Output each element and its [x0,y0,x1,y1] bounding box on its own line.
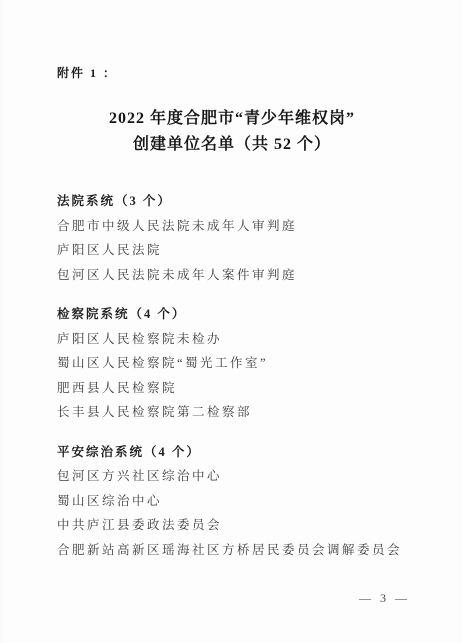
list-item: 长丰县人民检察院第二检察部 [57,400,407,425]
document-title: 2022 年度合肥市“青少年维权岗” 创建单位名单（共 52 个） [57,106,407,158]
list-item: 中共庐江县委政法委员会 [57,513,407,538]
attachment-label: 附件 1 ： [57,0,407,81]
page-number: — 3 — [359,591,410,606]
list-item: 合肥新站高新区瑶海社区方桥居民委员会调解委员会 [57,538,407,563]
list-item: 肥西县人民检察院 [57,376,407,401]
list-item: 蜀山区人民检察院“蜀光工作室” [57,351,407,376]
list-item: 庐阳区人民检察院未检办 [57,327,407,352]
title-line-1: 2022 年度合肥市“青少年维权岗” [57,106,407,132]
section-public-safety-system: 平安综治系统（4 个） 包河区方兴社区综治中心 蜀山区综治中心 中共庐江县委政法… [57,440,407,563]
title-line-2: 创建单位名单（共 52 个） [57,132,407,158]
list-item: 合肥市中级人民法院未成年人审判庭 [57,214,407,239]
section-procuratorate-system: 检察院系统（4 个） 庐阳区人民检察院未检办 蜀山区人民检察院“蜀光工作室” 肥… [57,302,407,425]
document-page: 附件 1 ： 2022 年度合肥市“青少年维权岗” 创建单位名单（共 52 个）… [0,0,462,643]
section-heading: 检察院系统（4 个） [57,302,407,327]
section-heading: 法院系统（3 个） [57,189,407,214]
list-item: 包河区方兴社区综治中心 [57,464,407,489]
list-item: 庐阳区人民法院 [57,238,407,263]
section-heading: 平安综治系统（4 个） [57,440,407,465]
section-court-system: 法院系统（3 个） 合肥市中级人民法院未成年人审判庭 庐阳区人民法院 包河区人民… [57,189,407,287]
list-item: 蜀山区综治中心 [57,489,407,514]
list-item: 包河区人民法院未成年人案件审判庭 [57,263,407,288]
